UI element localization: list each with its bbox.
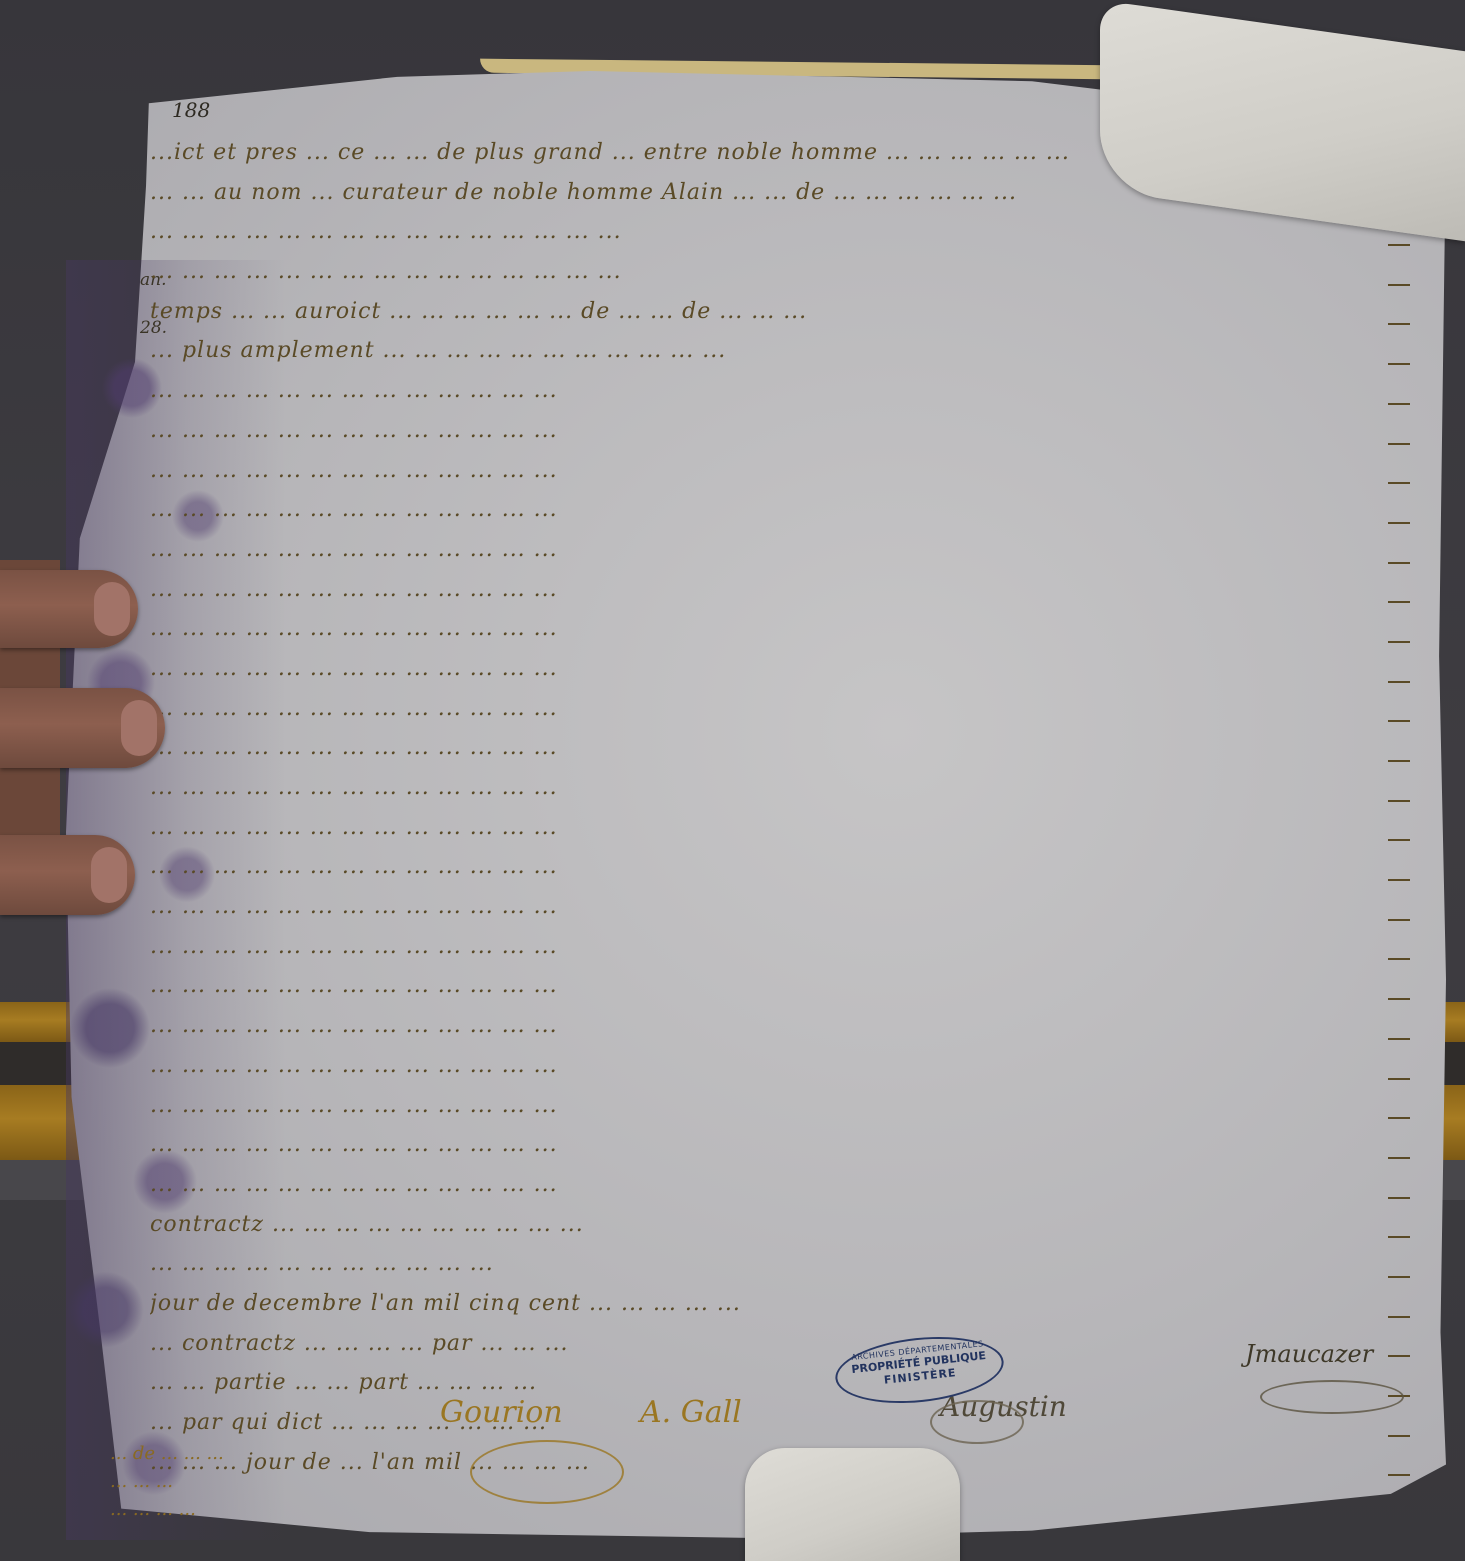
- manuscript-line: ... ... ... ... ... ... ... ... ... ... …: [150, 815, 1410, 855]
- folio-number: 188: [172, 98, 210, 122]
- signature-flourish: [470, 1440, 624, 1504]
- manuscript-line: ... ... ... ... ... ... ... ... ... ... …: [150, 497, 1410, 537]
- finger: [0, 570, 138, 648]
- bottom-note-line: ... de ... ... ...: [110, 1440, 430, 1468]
- signature-jmaucazer: Jmaucazer: [1245, 1340, 1373, 1368]
- signature-gourion: Gourion: [440, 1395, 563, 1430]
- manuscript-line: ... ... ... ... ... ... ... ... ... ... …: [150, 1132, 1410, 1172]
- manuscript-line: ... ... ... ... ... ... ... ... ... ... …: [150, 934, 1410, 974]
- manuscript-line: temps ... ... auroict ... ... ... ... ..…: [150, 299, 1410, 339]
- manuscript-line: ... ... ... ... ... ... ... ... ... ... …: [150, 458, 1410, 498]
- manuscript-text-block: ...ict et pres ... ce ... ... de plus gr…: [150, 140, 1410, 1489]
- manuscript-line: ... ... ... ... ... ... ... ... ... ... …: [150, 973, 1410, 1013]
- manuscript-line: ... contractz ... ... ... ... par ... ..…: [150, 1331, 1410, 1371]
- manuscript-line: ... ... ... ... ... ... ... ... ... ... …: [150, 696, 1410, 736]
- manuscript-line: ... ... ... ... ... ... ... ... ... ... …: [150, 378, 1410, 418]
- manuscript-line: ... ... ... ... ... ... ... ... ... ... …: [150, 1013, 1410, 1053]
- manuscript-line: ... ... ... ... ... ... ... ... ... ... …: [150, 656, 1410, 696]
- manuscript-line: ... ... ... ... ... ... ... ... ... ... …: [150, 1251, 1410, 1291]
- manuscript-line: ... ... ... ... ... ... ... ... ... ... …: [150, 616, 1410, 656]
- fingernail: [91, 847, 127, 903]
- cloth-weight-bottom: [745, 1448, 960, 1561]
- signature-gall: A. Gall: [640, 1395, 742, 1430]
- manuscript-line: ... ... ... ... ... ... ... ... ... ... …: [150, 735, 1410, 775]
- manuscript-line: ... ... partie ... ... part ... ... ... …: [150, 1370, 1410, 1410]
- manuscript-line: ... ... ... ... ... ... ... ... ... ... …: [150, 418, 1410, 458]
- bottom-note-line: ... ... ... ...: [110, 1496, 430, 1524]
- manuscript-line: ... ... ... ... ... ... ... ... ... ... …: [150, 854, 1410, 894]
- manuscript-line: ... ... ... ... ... ... ... ... ... ... …: [150, 1172, 1410, 1212]
- manuscript-line: contractz ... ... ... ... ... ... ... ..…: [150, 1212, 1410, 1252]
- fingernail: [121, 700, 157, 756]
- manuscript-line: ... ... ... ... ... ... ... ... ... ... …: [150, 259, 1410, 299]
- finger: [0, 835, 135, 915]
- manuscript-line: ... ... ... ... ... ... ... ... ... ... …: [150, 1053, 1410, 1093]
- manuscript-line: ... ... ... ... ... ... ... ... ... ... …: [150, 577, 1410, 617]
- finger: [0, 688, 165, 768]
- bottom-note-line: ... ... ...: [110, 1468, 430, 1496]
- manuscript-line: ... ... ... ... ... ... ... ... ... ... …: [150, 537, 1410, 577]
- signature-flourish: [930, 1400, 1024, 1444]
- manuscript-line: ... plus amplement ... ... ... ... ... .…: [150, 338, 1410, 378]
- signature-flourish: [1260, 1380, 1404, 1414]
- manuscript-line: ... ... ... ... ... ... ... ... ... ... …: [150, 1093, 1410, 1133]
- bottom-left-annotation: ... de ... ... ... ... ... ... ... ... .…: [110, 1440, 430, 1524]
- manuscript-line: ... ... ... ... ... ... ... ... ... ... …: [150, 894, 1410, 934]
- manuscript-line: jour de decembre l'an mil cinq cent ... …: [150, 1291, 1410, 1331]
- manuscript-line: ... ... ... ... ... ... ... ... ... ... …: [150, 775, 1410, 815]
- manuscript-line: ... ... ... ... ... ... ... ... ... ... …: [150, 219, 1410, 259]
- fingernail: [94, 582, 130, 636]
